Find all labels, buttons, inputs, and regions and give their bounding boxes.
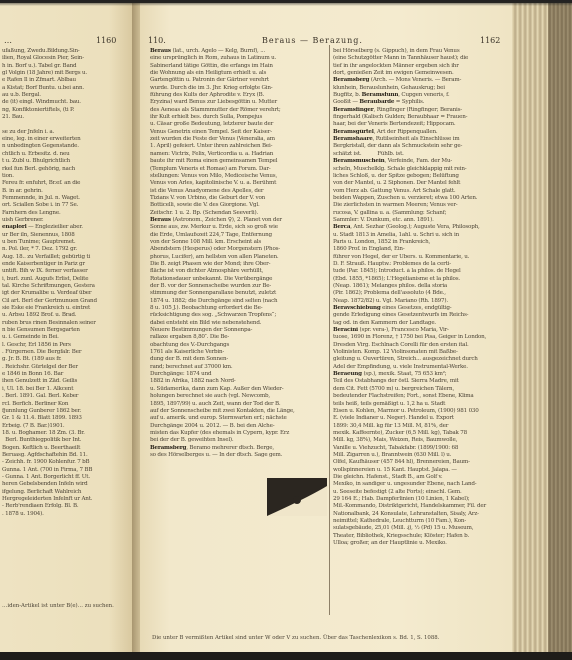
column-divider	[329, 45, 330, 615]
left-page-text: ufaßung, Zwedu.Bildung.Sin- ilien, Royal…	[2, 48, 128, 598]
book-cover-edge	[548, 3, 572, 655]
bottom-shadow	[0, 652, 572, 660]
left-page: … 1160 ufaßung, Zwedu.Bildung.Sin- ilien…	[0, 3, 136, 655]
column-number: 110.	[148, 36, 166, 45]
black-drop-figure	[267, 478, 327, 516]
running-head: Beraus — Berazung.	[262, 36, 363, 45]
left-running-head: …	[4, 36, 12, 45]
open-book: … 1160 ufaßung, Zwedu.Bildung.Sin- ilien…	[0, 3, 572, 655]
left-page-number: 1160	[96, 36, 116, 45]
page-number: 1162	[480, 36, 500, 45]
right-page-right-column: bei Hörselberg (s. Gippuch), in dem Frau…	[333, 48, 509, 603]
right-page-left-column: Beraus (lat., urch. Agelo — Kelg, Burnf)…	[150, 48, 326, 603]
right-footer: Die unter B vermißten Artikel sind unter…	[152, 635, 439, 641]
top-shadow	[0, 0, 572, 6]
left-footer: …iden-Artikel ist unter B(e)… zu suchen.	[2, 603, 114, 609]
